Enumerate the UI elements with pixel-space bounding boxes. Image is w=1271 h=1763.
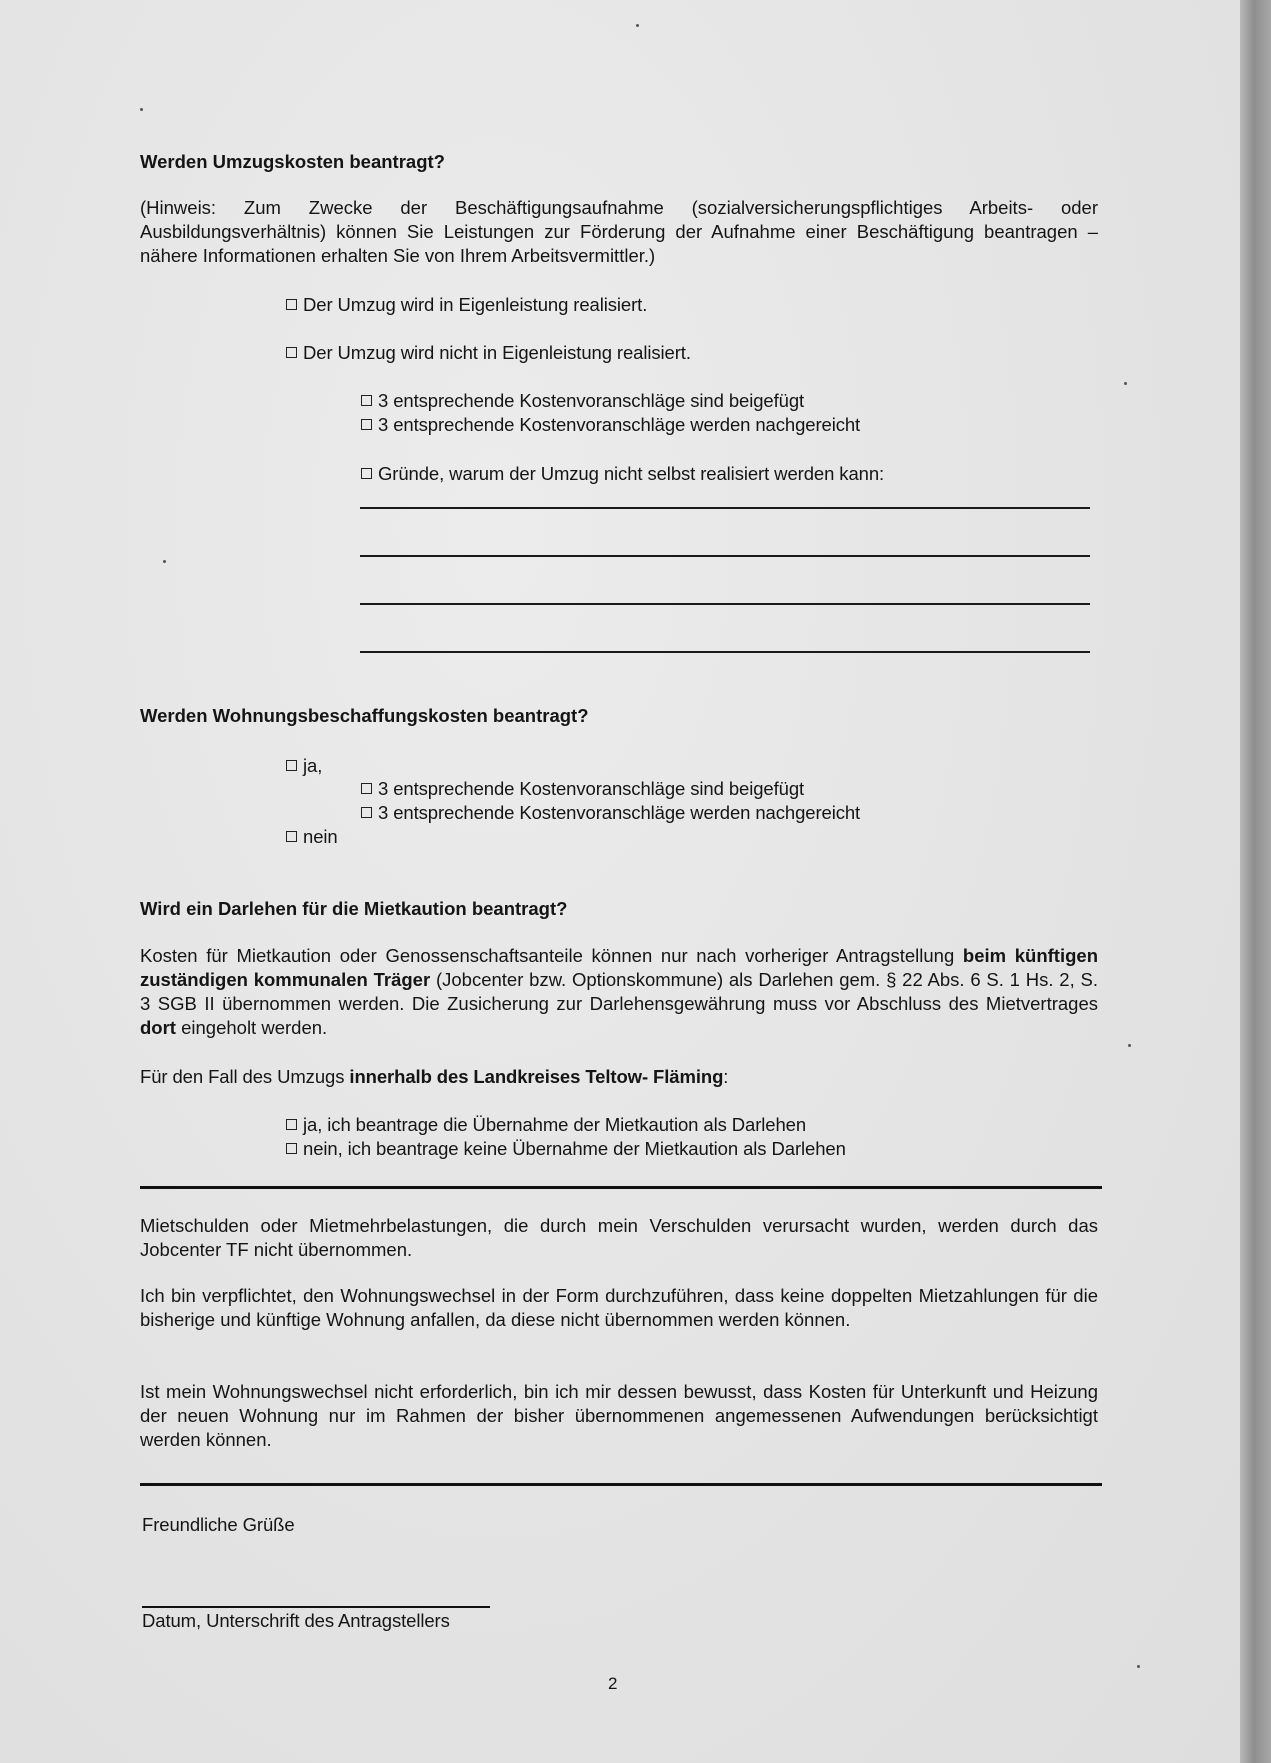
scan-speck	[163, 560, 166, 563]
option-wb-ja[interactable]: ja,	[286, 754, 322, 778]
checkbox-gruende[interactable]	[361, 468, 372, 479]
option-mk-ja[interactable]: ja, ich beantrage die Übernahme der Miet…	[286, 1113, 806, 1137]
section-divider-2	[140, 1483, 1102, 1486]
signature-label: Datum, Unterschrift des Antragstellers	[142, 1609, 450, 1633]
checkbox-nicht-eigenleistung[interactable]	[286, 347, 297, 358]
option-wb-nein[interactable]: nein	[286, 825, 338, 849]
option-kv-beigefuegt[interactable]: 3 entsprechende Kostenvoranschläge sind …	[361, 389, 804, 413]
scan-speck	[140, 108, 143, 111]
option-wb-kv-nachgereicht[interactable]: 3 entsprechende Kostenvoranschläge werde…	[361, 801, 860, 825]
checkbox-wb-kv-nachgereicht[interactable]	[361, 807, 372, 818]
declaration-1: Mietschulden oder Mietmehrbelastungen, d…	[140, 1214, 1098, 1262]
option-wb-ja-label: ja,	[303, 755, 322, 776]
checkbox-wb-kv-beigefuegt[interactable]	[361, 783, 372, 794]
reason-line-3[interactable]	[360, 603, 1090, 605]
checkbox-mk-nein[interactable]	[286, 1143, 297, 1154]
option-wb-kv-beigefuegt[interactable]: 3 entsprechende Kostenvoranschläge sind …	[361, 777, 804, 801]
option-wb-kv-beigefuegt-label: 3 entsprechende Kostenvoranschläge sind …	[378, 778, 804, 799]
option-kv-beigefuegt-label: 3 entsprechende Kostenvoranschläge sind …	[378, 390, 804, 411]
section-divider-1	[140, 1186, 1102, 1189]
scan-speck	[1124, 382, 1127, 385]
option-gruende-label: Gründe, warum der Umzug nicht selbst rea…	[378, 463, 884, 484]
mietkaution-text-1: Kosten für Mietkaution oder Genossenscha…	[140, 945, 963, 966]
wohnungsbeschaffung-heading: Werden Wohnungsbeschaffungskosten beantr…	[140, 704, 589, 728]
umzugskosten-heading: Werden Umzugskosten beantragt?	[140, 150, 445, 174]
option-eigenleistung[interactable]: Der Umzug wird in Eigenleistung realisie…	[286, 293, 647, 317]
option-gruende[interactable]: Gründe, warum der Umzug nicht selbst rea…	[361, 462, 884, 486]
reason-line-4[interactable]	[360, 651, 1090, 653]
page-number: 2	[608, 1672, 617, 1696]
checkbox-eigenleistung[interactable]	[286, 299, 297, 310]
option-mk-nein-label: nein, ich beantrage keine Übernahme der …	[303, 1138, 846, 1159]
umzugskosten-hint: (Hinweis: Zum Zwecke der Beschäftigungsa…	[140, 196, 1098, 268]
mietkaution-bold-2: dort	[140, 1017, 176, 1038]
declaration-3: Ist mein Wohnungswechsel nicht erforderl…	[140, 1380, 1098, 1452]
option-eigenleistung-label: Der Umzug wird in Eigenleistung realisie…	[303, 294, 647, 315]
mietkaution-text-3: eingeholt werden.	[176, 1017, 327, 1038]
scan-speck	[636, 24, 639, 27]
mietkaution-paragraph: Kosten für Mietkaution oder Genossenscha…	[140, 944, 1098, 1040]
checkbox-wb-ja[interactable]	[286, 760, 297, 771]
checkbox-mk-ja[interactable]	[286, 1119, 297, 1130]
closing-greeting: Freundliche Grüße	[142, 1513, 295, 1537]
option-mk-nein[interactable]: nein, ich beantrage keine Übernahme der …	[286, 1137, 846, 1161]
document-page: Werden Umzugskosten beantragt? (Hinweis:…	[0, 0, 1240, 1763]
option-kv-nachgereicht-label: 3 entsprechende Kostenvoranschläge werde…	[378, 414, 860, 435]
checkbox-kv-beigefuegt[interactable]	[361, 395, 372, 406]
case-suffix: :	[723, 1066, 728, 1087]
case-prefix: Für den Fall des Umzugs	[140, 1066, 349, 1087]
signature-line[interactable]	[142, 1606, 490, 1608]
case-bold: innerhalb des Landkreises Teltow- Flämin…	[349, 1066, 723, 1087]
scanner-edge	[1240, 0, 1271, 1763]
mietkaution-heading: Wird ein Darlehen für die Mietkaution be…	[140, 897, 567, 921]
scan-speck	[1137, 1665, 1140, 1668]
reason-line-1[interactable]	[360, 507, 1090, 509]
declaration-2: Ich bin verpflichtet, den Wohnungswechse…	[140, 1284, 1098, 1332]
option-wb-kv-nachgereicht-label: 3 entsprechende Kostenvoranschläge werde…	[378, 802, 860, 823]
scan-speck	[1128, 1044, 1131, 1047]
option-mk-ja-label: ja, ich beantrage die Übernahme der Miet…	[303, 1114, 806, 1135]
option-wb-nein-label: nein	[303, 826, 338, 847]
checkbox-kv-nachgereicht[interactable]	[361, 419, 372, 430]
mietkaution-case: Für den Fall des Umzugs innerhalb des La…	[140, 1065, 728, 1089]
option-nicht-eigenleistung-label: Der Umzug wird nicht in Eigenleistung re…	[303, 342, 691, 363]
checkbox-wb-nein[interactable]	[286, 831, 297, 842]
option-nicht-eigenleistung[interactable]: Der Umzug wird nicht in Eigenleistung re…	[286, 341, 691, 365]
option-kv-nachgereicht[interactable]: 3 entsprechende Kostenvoranschläge werde…	[361, 413, 860, 437]
reason-line-2[interactable]	[360, 555, 1090, 557]
